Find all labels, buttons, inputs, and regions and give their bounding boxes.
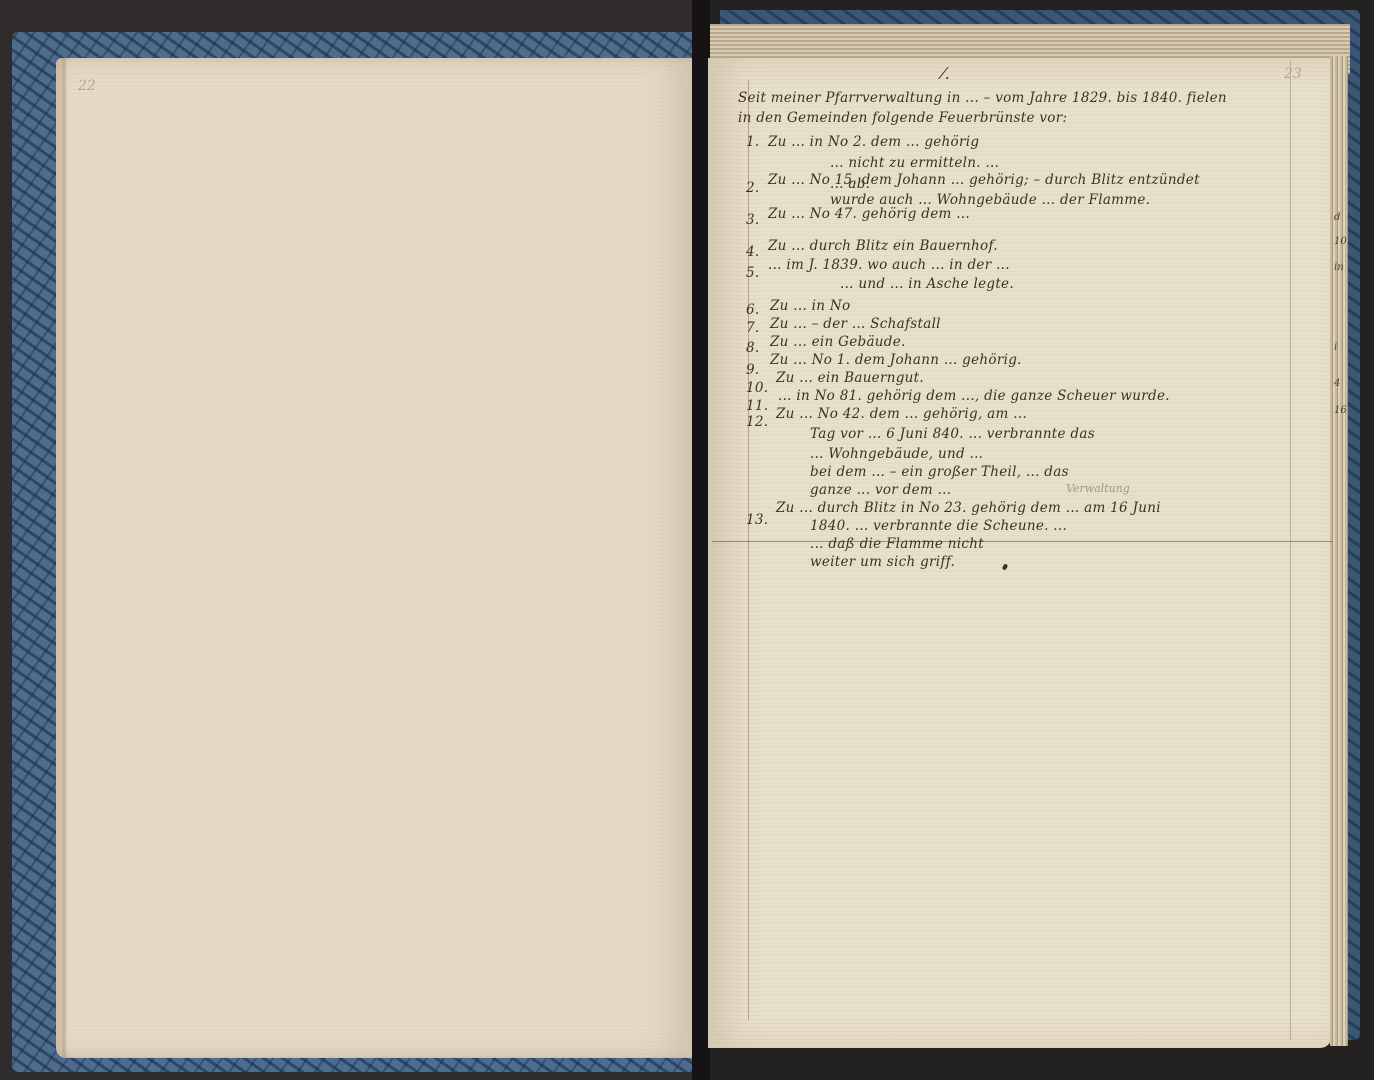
entry-line: Zu ... in No (770, 298, 850, 314)
entry-line: ... daß die Flamme nicht (810, 536, 984, 552)
entry-line: ganze ... vor dem ... (810, 482, 951, 498)
entry-number: 6. (746, 302, 759, 318)
entry-number: 1. (746, 134, 759, 150)
entry-line: Zu ... durch Blitz in No 23. gehörig dem… (776, 500, 1161, 516)
entry-line: Zu ... – der ... Schafstall (770, 316, 941, 332)
fore-edge-note: i (1334, 342, 1337, 353)
entry-line: bei dem ... – ein großer Theil, ... das (810, 464, 1069, 480)
entry-line: ... im J. 1839. wo auch ... in der ... (768, 257, 1010, 273)
entry-number: 13. (746, 512, 768, 528)
entry-line: Zu ... in No 2. dem ... gehörig (768, 134, 979, 150)
entry-number: 10. (746, 380, 768, 396)
entry-line: ... in No 81. gehörig dem ..., die ganze… (778, 388, 1170, 404)
entry-number: 4. (746, 244, 759, 260)
entry-number: 2. (746, 180, 759, 196)
fore-edge-note: 16 (1334, 405, 1347, 416)
entry-number: 9. (746, 362, 759, 378)
fore-edge-note: in (1334, 262, 1344, 273)
entry-line: Zu ... ein Bauerngut. (776, 370, 924, 386)
fore-edge-note: d (1334, 212, 1340, 223)
entry-number: 5. (746, 265, 759, 281)
entry-number: 11. (746, 398, 768, 414)
entry-line: Zu ... ein Gebäude. (770, 334, 906, 350)
entry-number: 7. (746, 320, 759, 336)
entry-line: ... und ... in Asche legte. (840, 276, 1014, 292)
entry-line: weiter um sich griff. (810, 554, 955, 570)
entry-number: 12. (746, 414, 768, 430)
fore-edge-note: 4 (1334, 378, 1340, 389)
entry-line: Zu ... No 47. gehörig dem ... (768, 206, 970, 222)
end-of-entries-rule (712, 541, 1332, 542)
entry-line: Tag vor ... 6 Juni 840. ... verbrannte d… (810, 426, 1095, 442)
fore-edge (1330, 56, 1348, 1046)
entry-line: 1840. ... verbrannte die Scheune. ... (810, 518, 1067, 534)
heading-mark: ⁄. (942, 64, 950, 83)
entry-line: Zu ... No 1. dem Johann ... gehörig. (770, 352, 1022, 368)
intro-line: in den Gemeinden folgende Feuerbrünste v… (738, 110, 1067, 126)
folio-number-left: 22 (78, 78, 96, 94)
entry-line: ... nicht zu ermitteln. ... (830, 155, 999, 171)
entry-line: Zu ... No 42. dem ... gehörig, am ... (776, 406, 1027, 422)
entry-line: Zu ... durch Blitz ein Bauernhof. (768, 238, 998, 254)
pencil-annotation: Verwaltung (1066, 482, 1130, 495)
intro-line: Seit meiner Pfarrverwaltung in ... – vom… (738, 90, 1227, 106)
entry-line: Zu ... No 15. dem Johann ... gehörig; – … (768, 172, 1200, 188)
left-page (56, 58, 692, 1058)
page-gutter-edge (62, 58, 66, 1058)
right-margin-rule (1290, 60, 1291, 1040)
folio-number-right: 23 (1284, 66, 1302, 82)
entry-number: 8. (746, 340, 759, 356)
fore-edge-note: 10 (1334, 236, 1347, 247)
entry-number: 3. (746, 212, 759, 228)
entry-line: ... Wohngebäude, und ... (810, 446, 983, 462)
